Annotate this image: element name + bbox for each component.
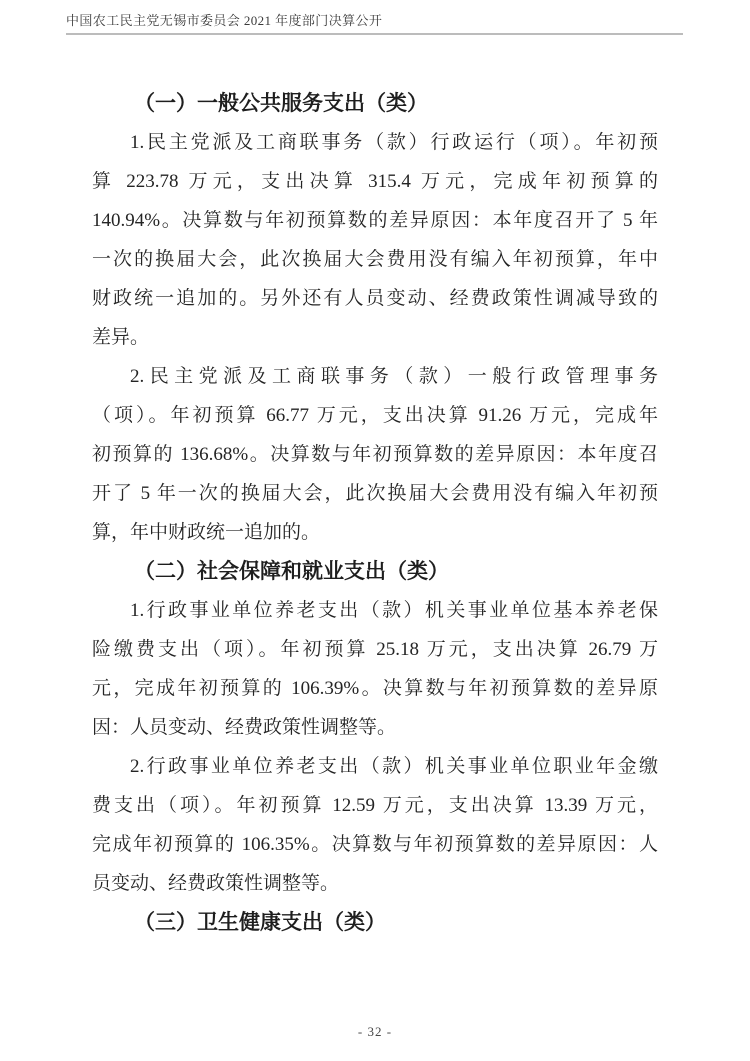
paragraph-line: 完成年初预算的 106.35%。决算数与年初预算数的差异原因：人 (92, 825, 658, 864)
paragraph-line: 140.94%。决算数与年初预算数的差异原因：本年度召开了 5 年 (92, 201, 658, 240)
page-header: 中国农工民主党无锡市委员会 2021 年度部门决算公开 (66, 10, 683, 35)
paragraph-line: 开了 5 年一次的换届大会，此次换届大会费用没有编入年初预 (92, 474, 658, 513)
paragraph-line: 险缴费支出（项）。年初预算 25.18 万元，支出决算 26.79 万 (92, 630, 658, 669)
paragraph-line: （项）。年初预算 66.77 万元，支出决算 91.26 万元，完成年 (92, 396, 658, 435)
paragraph-line: 财政统一追加的。另外还有人员变动、经费政策性调减导致的 (92, 279, 658, 318)
paragraph: 1.民主党派及工商联事务（款）行政运行（项）。年初预 算 223.78 万元，支… (92, 123, 658, 357)
paragraph-line: 费支出（项）。年初预算 12.59 万元，支出决算 13.39 万元， (92, 786, 658, 825)
paragraph-line: 1.行政事业单位养老支出（款）机关事业单位基本养老保 (92, 591, 658, 630)
paragraph-line: 因：人员变动、经费政策性调整等。 (92, 708, 658, 747)
paragraph-line: 算，年中财政统一追加的。 (92, 513, 658, 552)
paragraph: 2.行政事业单位养老支出（款）机关事业单位职业年金缴 费支出（项）。年初预算 1… (92, 747, 658, 903)
page-number: - 32 - (358, 1024, 392, 1039)
paragraph-line: 一次的换届大会，此次换届大会费用没有编入年初预算，年中 (92, 240, 658, 279)
document-body: （一）一般公共服务支出（类） 1.民主党派及工商联事务（款）行政运行（项）。年初… (92, 84, 658, 942)
paragraph-line: 算 223.78 万元，支出决算 315.4 万元，完成年初预算的 (92, 162, 658, 201)
paragraph: 1.行政事业单位养老支出（款）机关事业单位基本养老保 险缴费支出（项）。年初预算… (92, 591, 658, 747)
paragraph-line: 员变动、经费政策性调整等。 (92, 864, 658, 903)
document-page: 中国农工民主党无锡市委员会 2021 年度部门决算公开 （一）一般公共服务支出（… (0, 0, 750, 1061)
paragraph: 2.民主党派及工商联事务（款）一般行政管理事务 （项）。年初预算 66.77 万… (92, 357, 658, 552)
section-heading: （二）社会保障和就业支出（类） (92, 552, 658, 591)
paragraph-line: 元，完成年初预算的 106.39%。决算数与年初预算数的差异原 (92, 669, 658, 708)
page-footer: - 32 - (0, 1024, 750, 1040)
paragraph-line: 2.行政事业单位养老支出（款）机关事业单位职业年金缴 (92, 747, 658, 786)
section-heading: （一）一般公共服务支出（类） (92, 84, 658, 123)
paragraph-line: 1.民主党派及工商联事务（款）行政运行（项）。年初预 (92, 123, 658, 162)
paragraph-line: 2.民主党派及工商联事务（款）一般行政管理事务 (92, 357, 658, 396)
section-heading: （三）卫生健康支出（类） (92, 903, 658, 942)
page-header-title: 中国农工民主党无锡市委员会 2021 年度部门决算公开 (66, 13, 382, 28)
paragraph-line: 初预算的 136.68%。决算数与年初预算数的差异原因：本年度召 (92, 435, 658, 474)
paragraph-line: 差异。 (92, 318, 658, 357)
